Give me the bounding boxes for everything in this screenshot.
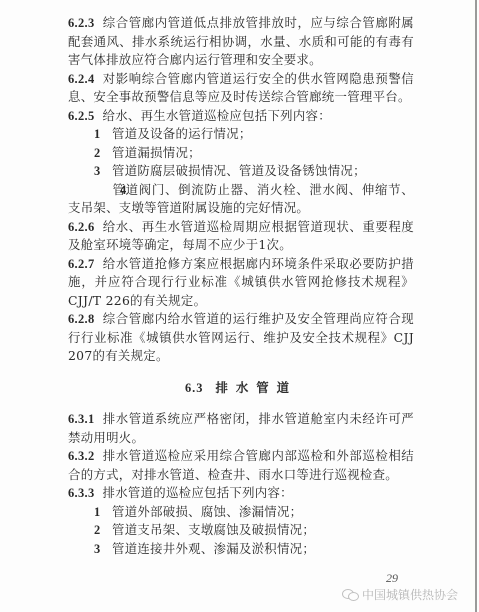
clause-6-3-3: 6.3.3排水管道的巡检应包括下列内容： [68,484,414,503]
watermark: 中国城镇供热协会 [342,586,458,603]
document-page: 6.2.3综合管廊内管道低点排放管排放时，应与综合管廊附属配套通风、排水系统运行… [0,0,479,612]
clause-6-2-8: 6.2.8综合管廊内给水管道的运行维护及安全管理尚应符合现行行业标准《城镇供水管… [68,310,414,366]
list-item: 2管道漏损情况； [68,144,414,163]
list-item: 1管道外部破损、腐蚀、渗漏情况； [68,503,414,522]
clause-6-2-7: 6.2.7给水管道抢修方案应根据廊内环境条件采取必要防护措施，并应符合现行行业标… [68,255,414,311]
clause-6-2-3: 6.2.3综合管廊内管道低点排放管排放时，应与综合管廊附属配套通风、排水系统运行… [68,14,414,70]
list-item: 3管道连接井外观、渗漏及淤积情况； [68,540,414,559]
clause-6-3-1: 6.3.1排水管道系统应严格密闭，排水管道舱室内未经许可严禁动用明火。 [68,410,414,447]
list-item: 1管道及设备的运行情况； [68,125,414,144]
clause-6-2-6: 6.2.6给水、再生水管道巡检周期应根据管道现状、重要程度及舱室环境等确定，每周… [68,218,414,255]
clause-6-2-4: 6.2.4对影响综合管廊内管道运行安全的供水管网隐患预警信息、安全事故预警信息等… [68,70,414,107]
list-item: 2管道支吊架、支墩腐蚀及破损情况； [68,521,414,540]
clause-6-2-5: 6.2.5给水、再生水管道巡检应包括下列内容： [68,107,414,126]
list-item: 4管道阀门、倒流防止器、消火栓、泄水阀、伸缩节、支吊架、支墩等管道附属设施的完好… [68,181,414,218]
section-heading-6-3: 6.3排水管道 [68,379,414,398]
list-item: 3管道防腐层破损情况、管道及设备锈蚀情况； [68,162,414,181]
wechat-icon [342,588,358,600]
page-edge-line [475,0,477,612]
page-number: 29 [386,571,398,586]
body-text: 6.2.3综合管廊内管道低点排放管排放时，应与综合管廊附属配套通风、排水系统运行… [68,14,414,558]
clause-6-3-2: 6.3.2排水管道巡检应采用综合管廊内部巡检和外部巡检相结合的方式，对排水管道、… [68,447,414,484]
